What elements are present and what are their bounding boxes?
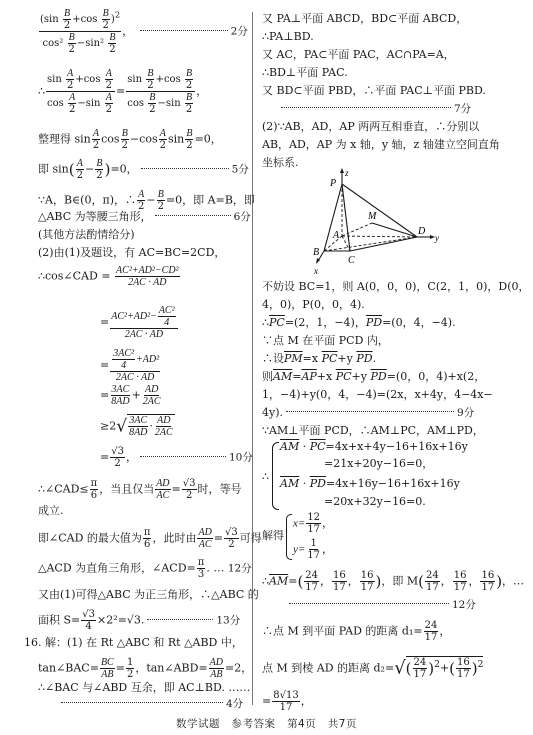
- equilateral-line: 又由(1)可得△ABC 为正三角形，∴△ABC 的: [38, 588, 259, 602]
- coord-line-2: 4，0)，P(0，0，4).: [262, 298, 365, 312]
- distance-line-1: ∴点 M 到平面 PAD 的距离 d₁=2417，: [262, 620, 450, 643]
- formula-line-5: ∵A，B∈(0，π)，∴A2−B2=0，即 A=B，即: [38, 189, 255, 212]
- proof-line-1: 又 PA⊥平面 ABCD，BD⊂平面 ABCD，: [262, 12, 467, 26]
- perp-line: ∵AM⊥平面 PCD，∴AM⊥PC，AM⊥PD，: [262, 424, 484, 438]
- equation-1b: =21x+20y−16=0，: [324, 457, 433, 471]
- score-line-12: 12分: [286, 598, 476, 612]
- cos-cad-line-4: =3AC8AD+AD2AC: [100, 384, 163, 407]
- equation-1: AM · PC=4x+x+4y−16+16x+16y: [280, 440, 468, 454]
- footer-subject: 数学试题: [176, 718, 220, 730]
- solution-y: y=117，: [293, 538, 333, 561]
- proof-line-5: 又 BD⊂平面 PBD，∴平面 PAC⊥平面 PBD.: [262, 84, 486, 98]
- part2-heading: (2)由(1)及题设，有 AC=BC=2CD，: [38, 246, 225, 260]
- pyramid-figure: z P M A D y B C x: [310, 168, 450, 278]
- svg-text:A: A: [332, 230, 340, 241]
- svg-text:M: M: [367, 211, 377, 222]
- footer-total: 共7页: [328, 718, 357, 730]
- part2-line-2: AB，AD，AP 为 x 轴，y 轴，z 轴建立空间直角: [262, 138, 500, 152]
- question-16-line-2: tan∠BAC=BCAB=12，tan∠ABD=ADAB=2，: [38, 657, 252, 680]
- right-triangle-line: △ACD 为直角三角形，∠ACD=π3. … 12分: [38, 557, 252, 580]
- proof-line-3: 又 AC，PA⊂平面 PAC，AC∩PA=A，: [262, 48, 455, 62]
- vector-line-5: 4y).9分: [262, 406, 474, 420]
- svg-text:B: B: [313, 247, 319, 258]
- note-line: (其他方法酌情给分): [38, 228, 135, 242]
- cos-cad-line-5: ≥2√3AC8AD·AD2AC: [100, 414, 175, 438]
- svg-text:x: x: [313, 266, 318, 276]
- vector-line-2: ∴设PM=x PC+y PD.: [262, 352, 376, 366]
- part2-line-1: (2)∵AB，AD，AP 两两互相垂直，∴分别以: [262, 120, 479, 134]
- proof-line-2: ∴PA⊥BD.: [262, 30, 314, 44]
- cos-cad-line-6: =√32，10分: [100, 446, 253, 469]
- svg-text:P: P: [329, 178, 336, 189]
- formula-line-4: 即 sin(A2−B2)=0，5分: [38, 158, 249, 181]
- formula-line-6: △ABC 为等腰三角形，6分: [38, 210, 251, 224]
- distance-line-3: =8√1317，: [262, 690, 312, 713]
- cos-cad-line-1: ∴cos∠CAD = AC²+AD²−CD²2AC · AD: [38, 265, 181, 288]
- svg-text:y: y: [434, 233, 439, 243]
- svg-text:D: D: [417, 226, 426, 237]
- equation-2: AM · PD=4x+16y−16+16x+16y: [280, 477, 460, 491]
- svg-text:C: C: [348, 255, 355, 266]
- area-line: 面积 S=√34×2²=√3.13分: [38, 609, 240, 632]
- vector-line-4: 1，−4)+y(0，4，−4)=(2x，x+4y，4−4x−: [262, 388, 493, 402]
- cos-cad-line-2: =AC²+AD²−AC²42AC · AD: [100, 305, 179, 340]
- proof-line-4: ∴BD⊥平面 PAC.: [262, 66, 348, 80]
- question-16-line-1: 16. 解：(1) 在 Rt △ABC 和 Rt △ABD 中，: [24, 636, 243, 650]
- proof-line-6: 7分: [278, 102, 471, 116]
- formula-line-1: (sin B2+cos B2)2cos² B2−sin² B2， 2分: [38, 8, 248, 55]
- cos-cad-line-3: =3AC²4+AD²2AC · AD: [100, 348, 161, 383]
- question-16-line-4: 4分: [58, 697, 243, 711]
- footer-page: 第4页: [287, 718, 316, 730]
- conclusion-line-2: 成立.: [38, 504, 64, 518]
- solution-block: 解得 x=1217， y=117，: [262, 512, 382, 560]
- equation-2b: =20x+32y−16=0.: [324, 495, 426, 509]
- part2-line-3: 坐标系.: [262, 156, 299, 170]
- conclusion-line-1: ∴∠CAD≤π6，当且仅当ADAC=√32时，等号: [38, 478, 242, 501]
- formula-line-3: 整理得 sinA2cosB2−cosA2sinB2=0，: [38, 128, 222, 151]
- am-vector-line: ∴AM=(2417，1617，1617)，即 M(2417，1617，1617)…: [262, 570, 524, 593]
- vector-line-3: 则AM=AP+x PC+y PD=(0，0，4)+x(2，: [262, 370, 485, 384]
- svg-text:z: z: [344, 168, 349, 178]
- question-16-line-3: ∴∠BAC 与∠ABD 互余，即 AC⊥BD. ……: [38, 681, 250, 695]
- plane-line: ∵点 M 在平面 PCD 内，: [262, 334, 389, 348]
- formula-line-2: ∴sin A2+cos A2cos A2−sin A2=sin B2+cos B…: [38, 68, 207, 115]
- max-value-line: 即∠CAD 的最大值为π6，此时由ADAC=√32可得: [38, 527, 262, 550]
- footer-title: 参考答案: [232, 718, 276, 730]
- solution-x: x=1217，: [293, 512, 333, 535]
- vector-line-1: ∴PC=(2，1，−4)，PD=(0，4，−4).: [262, 316, 456, 330]
- coord-line-1: 不妨设 BC=1，则 A(0，0，0)，C(2，1，0)，D(0，: [262, 280, 530, 294]
- page-footer: 数学试题 参考答案 第4页 共7页: [0, 716, 533, 731]
- distance-line-2: 点 M 到棱 AD 的距离 d₂=√(2417)2+(1617)2: [262, 656, 483, 680]
- equation-system: ∴ AM · PC=4x+x+4y−16+16x+16y =21x+20y−16…: [262, 440, 502, 512]
